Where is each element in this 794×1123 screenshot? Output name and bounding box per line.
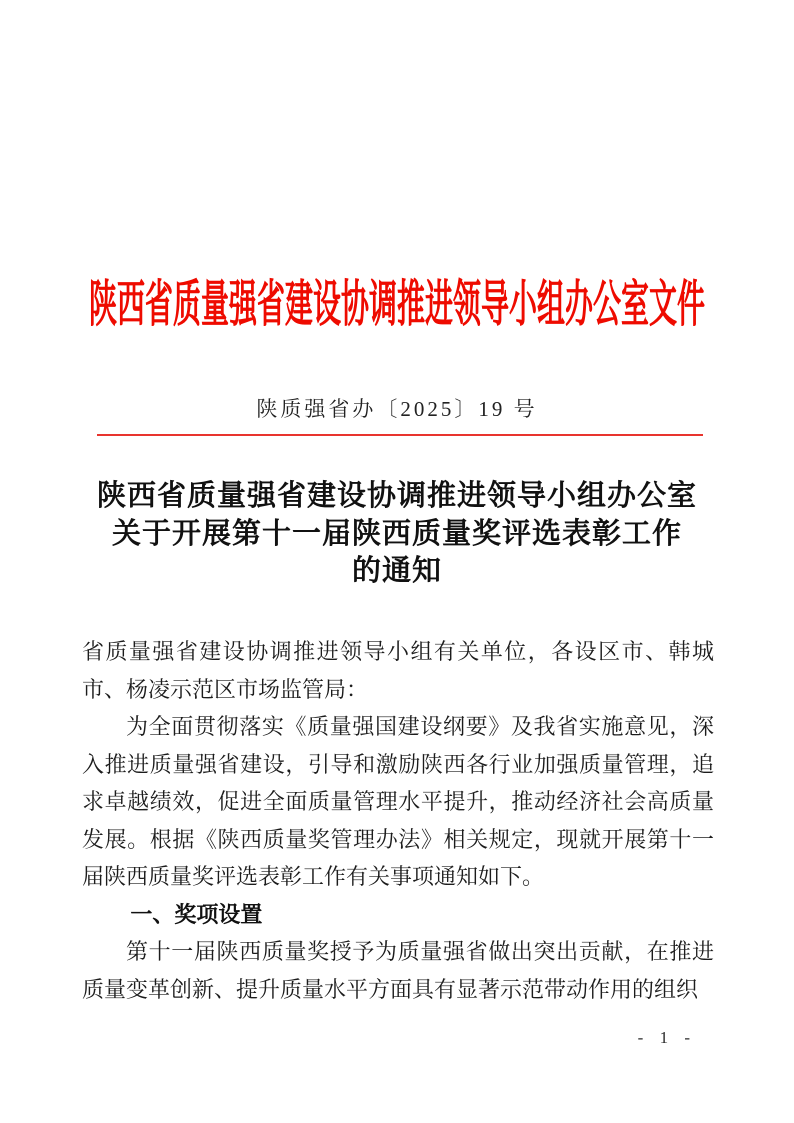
red-divider-line	[97, 434, 703, 436]
section-heading-awards-setup: 一、奖项设置	[82, 896, 714, 934]
intro-paragraph: 为全面贯彻落实《质量强国建设纲要》及我省实施意见，深入推进质量强省建设，引导和激…	[82, 708, 714, 896]
salutation-paragraph: 省质量强省建设协调推进领导小组有关单位，各设区市、韩城市、杨凌示范区市场监管局：	[82, 633, 714, 708]
document-body: 省质量强省建设协调推进领导小组有关单位，各设区市、韩城市、杨凌示范区市场监管局：…	[82, 633, 714, 1008]
page-number: - 1 -	[638, 1028, 696, 1048]
document-title: 陕西省质量强省建设协调推进领导小组办公室 关于开展第十一届陕西质量奖评选表彰工作…	[81, 478, 713, 591]
document-reference-number: 陕质强省办〔2025〕19 号	[0, 396, 794, 422]
document-title-line-3: 的通知	[81, 553, 713, 591]
letterhead-title: 陕西省质量强省建设协调推进领导小组办公室文件	[89, 282, 705, 332]
document-page: 陕西省质量强省建设协调推进领导小组办公室文件 陕质强省办〔2025〕19 号 陕…	[0, 0, 794, 1123]
letterhead-banner: 陕西省质量强省建设协调推进领导小组办公室文件	[0, 293, 794, 325]
document-title-line-1: 陕西省质量强省建设协调推进领导小组办公室	[81, 478, 713, 516]
section1-paragraph: 第十一届陕西质量奖授予为质量强省做出突出贡献，在推进质量变革创新、提升质量水平方…	[82, 933, 714, 1008]
document-title-line-2: 关于开展第十一届陕西质量奖评选表彰工作	[81, 516, 713, 554]
